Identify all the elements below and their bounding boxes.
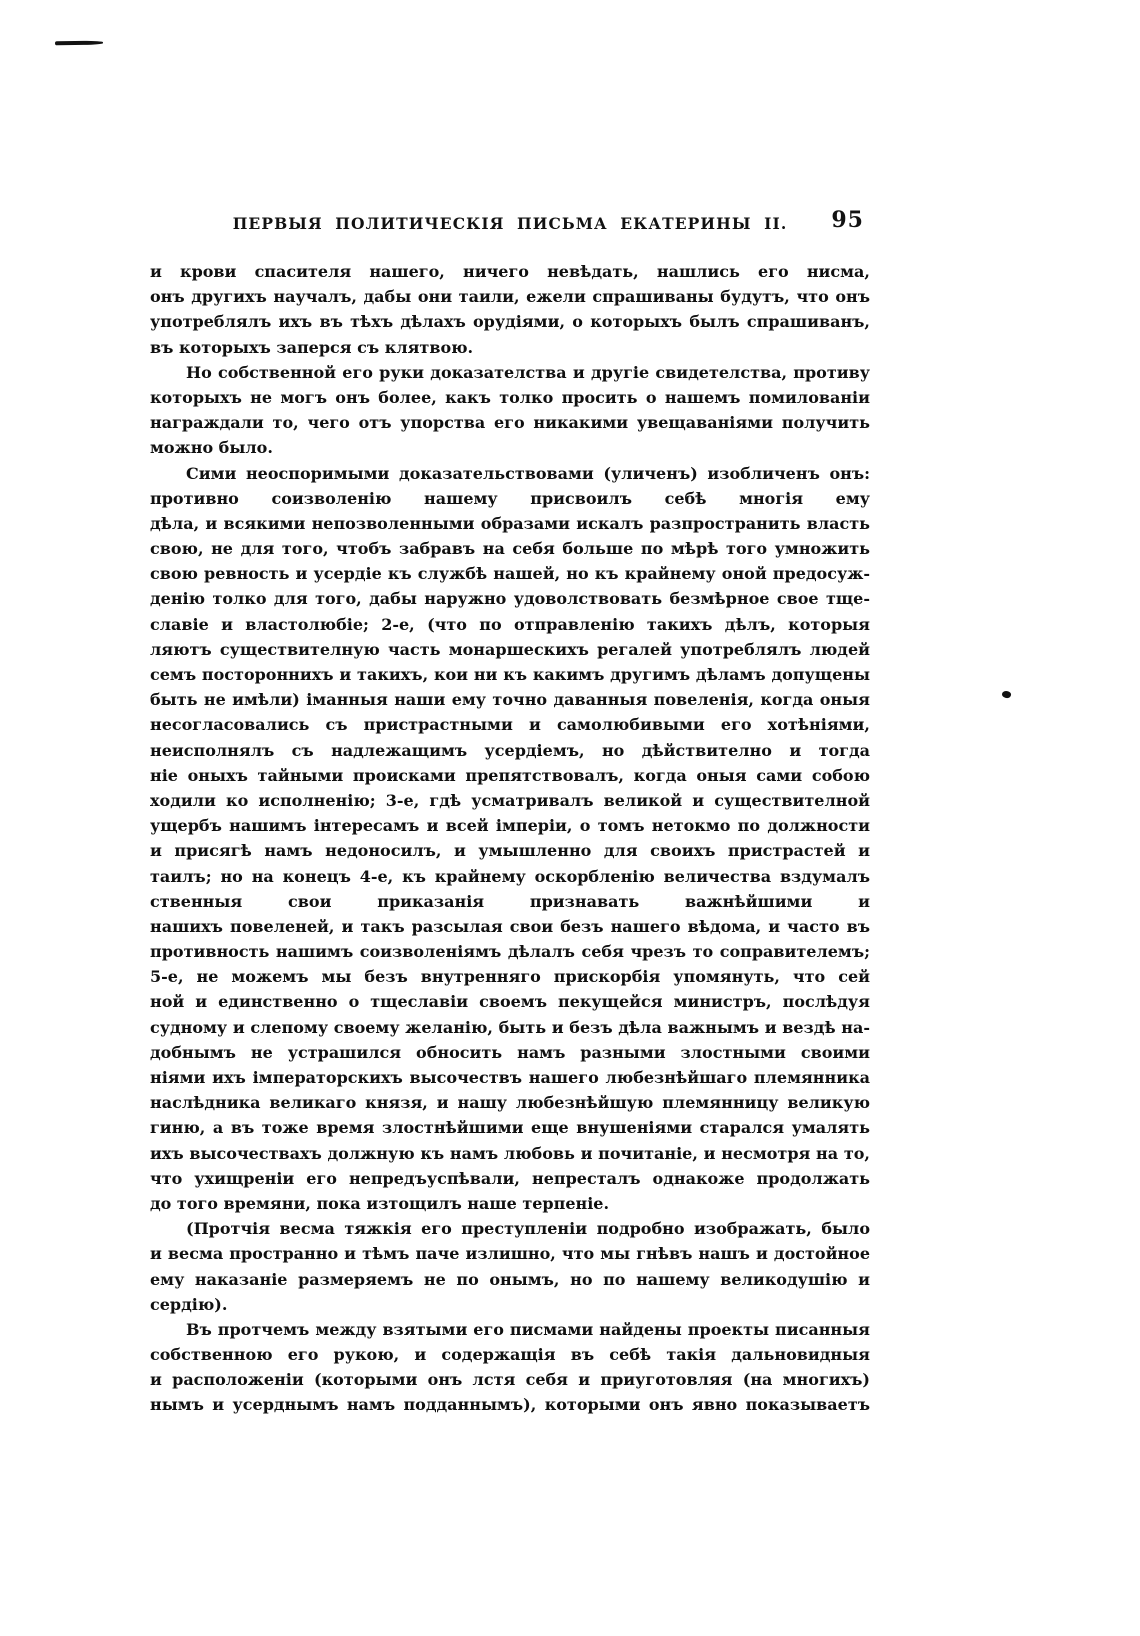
text-line: награждали то, чего отъ упорства его ник… <box>150 410 870 435</box>
text-line: дѣла, и всякими непозволенными образами … <box>150 511 870 536</box>
page-number: 95 <box>831 207 864 233</box>
text-line: ляютъ существителную часть монаршескихъ … <box>150 637 870 662</box>
text-line: ходили ко исполненію; 3-е, гдѣ усматрива… <box>150 788 870 813</box>
text-line: ущербъ нашимъ інтересамъ и всей імперіи,… <box>150 813 870 838</box>
paragraph: Въ протчемъ между взятыми его писмами на… <box>150 1317 870 1418</box>
text-line: до того времяни, пока изтощилъ наше терп… <box>150 1191 870 1216</box>
text-line: можно было. <box>150 435 870 460</box>
paragraph: и крови спасителя нашего, ничего невѣдат… <box>150 259 870 360</box>
text-line: гиню, а въ тоже время злостнѣйшими еще в… <box>150 1115 870 1140</box>
text-line: собственною его рукою, и содержащія въ с… <box>150 1342 870 1367</box>
text-line: денію толко для того, дабы наружно удово… <box>150 586 870 611</box>
running-title: ПЕРВЫЯ ПОЛИТИЧЕСКІЯ ПИСЬМА ЕКАТЕРИНЫ II. <box>150 214 870 233</box>
text-line: противно соизволенію нашему присвоилъ се… <box>150 486 870 511</box>
text-line: нашихъ повеленей, и такъ разсылая свои б… <box>150 914 870 939</box>
text-line: онъ другихъ научалъ, дабы они таили, еже… <box>150 284 870 309</box>
text-line: несогласовались съ пристрастными и самол… <box>150 712 870 737</box>
text-line: и расположеніи (которыми онъ лстя себя и… <box>150 1367 870 1392</box>
text-line: наслѣдника великаго князя, и нашу любезн… <box>150 1090 870 1115</box>
text-line: употреблялъ ихъ въ тѣхъ дѣлахъ орудіями,… <box>150 309 870 334</box>
text-line: 5-е, не можемъ мы безъ внутренняго приск… <box>150 964 870 989</box>
page-header: ПЕРВЫЯ ПОЛИТИЧЕСКІЯ ПИСЬМА ЕКАТЕРИНЫ II.… <box>150 212 870 242</box>
text-line: семъ постороннихъ и такихъ, кои ни къ ка… <box>150 662 870 687</box>
text-line: ихъ высочествахъ должную къ намъ любовь … <box>150 1141 870 1166</box>
text-line: свою ревность и усердіе къ службѣ нашей,… <box>150 561 870 586</box>
text-line: славіе и властолюбіе; 2-е, (что по отпра… <box>150 612 870 637</box>
text-line: и весма пространно и тѣмъ паче излишно, … <box>150 1241 870 1266</box>
text-line: Но собственной его руки доказателства и … <box>150 360 870 385</box>
text-line: таилъ; но на конецъ 4-е, къ крайнему оск… <box>150 864 870 889</box>
paragraph: (Протчія весма тяжкія его преступленіи п… <box>150 1216 870 1317</box>
text-line: Сими неоспоримыми доказательствовами (ул… <box>150 461 870 486</box>
text-line: и присягѣ намъ недоносилъ, и умышленно д… <box>150 838 870 863</box>
text-line: что ухищреніи его непредъуспѣвали, непре… <box>150 1166 870 1191</box>
text-line: быть не имѣли) іманныя наши ему точно да… <box>150 687 870 712</box>
text-line: ніе оныхъ тайными происками препятствова… <box>150 763 870 788</box>
text-line: свою, не для того, чтобъ забравъ на себя… <box>150 536 870 561</box>
text-line: противность нашимъ соизволеніямъ дѣлалъ … <box>150 939 870 964</box>
text-line: ственныя свои приказанія признавать важн… <box>150 889 870 914</box>
book-page: ПЕРВЫЯ ПОЛИТИЧЕСКІЯ ПИСЬМА ЕКАТЕРИНЫ II.… <box>0 0 1140 1636</box>
text-line: сердію). <box>150 1292 870 1317</box>
scan-artifact-ink-dot <box>1001 690 1012 699</box>
text-line: Въ протчемъ между взятыми его писмами на… <box>150 1317 870 1342</box>
text-line: которыхъ не могъ онъ более, какъ толко п… <box>150 385 870 410</box>
text-line: въ которыхъ заперся съ клятвою. <box>150 335 870 360</box>
text-line: добнымъ не устрашился обносить намъ разн… <box>150 1040 870 1065</box>
text-line: ной и единственно о тщеславіи своемъ пек… <box>150 989 870 1014</box>
text-line: ему наказаніе размеряемъ не по онымъ, но… <box>150 1267 870 1292</box>
text-line: судному и слепому своему желанію, быть и… <box>150 1015 870 1040</box>
paragraph: Но собственной его руки доказателства и … <box>150 360 870 461</box>
text-line: и крови спасителя нашего, ничего невѣдат… <box>150 259 870 284</box>
text-line: ніями ихъ імператорскихъ высочествъ наше… <box>150 1065 870 1090</box>
text-block: и крови спасителя нашего, ничего невѣдат… <box>150 259 870 1418</box>
text-line: (Протчія весма тяжкія его преступленіи п… <box>150 1216 870 1241</box>
text-line: неисполнялъ съ надлежащимъ усердіемъ, но… <box>150 738 870 763</box>
scan-artifact-stroke <box>55 41 103 46</box>
text-line: нымъ и усерднымъ намъ подданнымъ), котор… <box>150 1392 870 1417</box>
paragraph: Сими неоспоримыми доказательствовами (ул… <box>150 461 870 1217</box>
